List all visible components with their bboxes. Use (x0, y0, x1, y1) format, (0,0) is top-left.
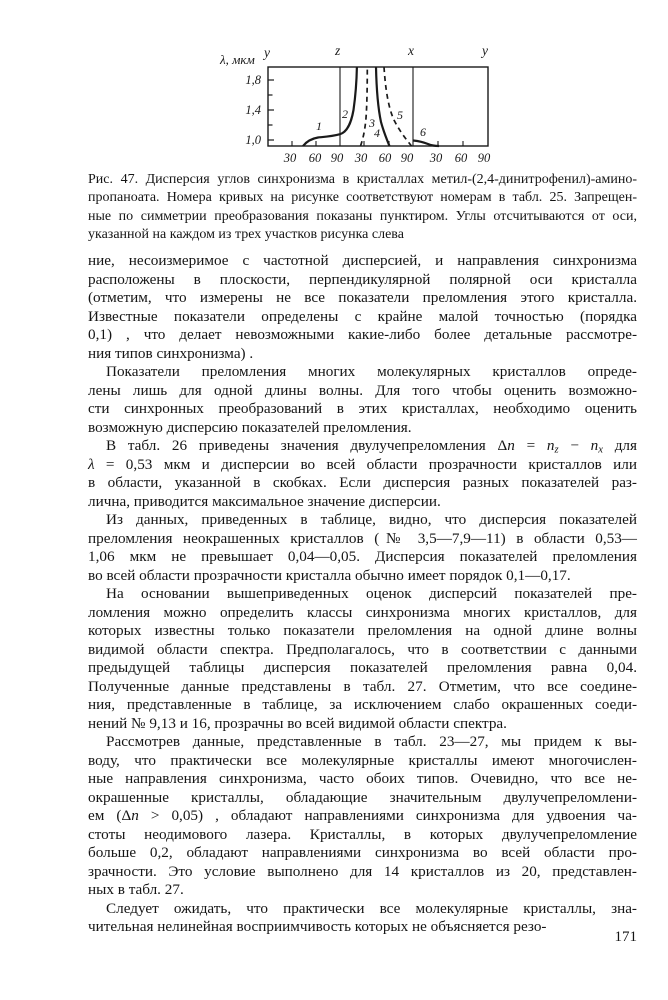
text-line: ния, представленные в таблице, за исключ… (88, 696, 637, 715)
text-line: В табл. 26 приведены значения двулучепре… (88, 437, 637, 456)
text-line: Рассмотрев данные, представленные в табл… (88, 733, 637, 752)
curve-6-solid (413, 141, 439, 147)
body-text: ние, несоизмеримое с частотной дисперсие… (88, 252, 637, 937)
text-line: Из данных, приведенных в таблице, видно,… (88, 511, 637, 530)
text-line: λ = 0,53 мкм и дисперсии во всей области… (88, 456, 637, 475)
text-line: (отметим, что измерены не все показатели… (88, 289, 637, 308)
text-line: которых известны только показатели прело… (88, 622, 637, 641)
axis-letter-z: z (334, 43, 341, 58)
curve-3-dashed (361, 67, 368, 146)
text-line: На основании вышеприведенных оценок дисп… (88, 585, 637, 604)
text-line: ние, несоизмеримое с частотной дисперсие… (88, 252, 637, 271)
text-line: в области, указанной в скобках. Если дис… (88, 474, 637, 493)
y-tick-1-4: 1,4 (245, 103, 261, 117)
paragraph: На основании вышеприведенных оценок дисп… (88, 585, 637, 733)
text-line: возможную дисперсию показателей преломле… (88, 419, 637, 438)
x-tick: 30 (429, 151, 443, 165)
text-line: ные направления синхронизма, часто обоих… (88, 770, 637, 789)
y-tick-1-0: 1,0 (245, 133, 261, 147)
text-line: ем (Δn > 0,05) , обладают направлениями … (88, 807, 637, 826)
curve-label-4: 4 (374, 126, 380, 140)
book-page: λ, мкм y z x y 1,8 1,4 (0, 0, 668, 1000)
x-tick: 90 (331, 151, 344, 165)
x-tick: 60 (379, 151, 392, 165)
text-line: во всей области прозрачности кристалла о… (88, 567, 637, 586)
axis-letter-y-right: y (480, 43, 488, 58)
text-line: Следует ожидать, что практически все мол… (88, 900, 637, 919)
text-line: сти синхронных преобразований в этих кри… (88, 400, 637, 419)
text-line: пропаноата. Номера кривых на рисунке соо… (88, 189, 637, 207)
x-tick: 60 (455, 151, 468, 165)
x-tick: 60 (309, 151, 322, 165)
page-number: 171 (88, 929, 637, 946)
paragraph: Рассмотрев данные, представленные в табл… (88, 733, 637, 900)
text-line: зрачности. Это условие выполнено для 14 … (88, 863, 637, 882)
text-line: указанной на каждом из трех участков рис… (88, 226, 637, 244)
curve-label-1: 1 (316, 119, 322, 133)
text-line: видимой области спектра. Предполагалось,… (88, 641, 637, 660)
curve-label-6: 6 (420, 125, 426, 139)
text-line: преломления неокрашенных кристаллов (№ 3… (88, 530, 637, 549)
text-line: стоты неодимового лазера. Кристаллы, в к… (88, 826, 637, 845)
paragraph: Рис. 47. Дисперсия углов синхронизма в к… (88, 171, 637, 245)
x-tick: 90 (401, 151, 414, 165)
axis-letter-x: x (407, 43, 414, 58)
curve-label-2: 2 (342, 107, 348, 121)
paragraph: В табл. 26 приведены значения двулучепре… (88, 437, 637, 511)
text-line: воду, что практически все молекулярные к… (88, 752, 637, 771)
x-tick: 30 (283, 151, 297, 165)
text-line: предыдущей таблицы дисперсия показателей… (88, 659, 637, 678)
x-tick: 90 (478, 151, 491, 165)
text-line: Полученные данные представлены в табл. 2… (88, 678, 637, 697)
text-line: окрашенные кристаллы, обладающие значите… (88, 789, 637, 808)
y-tick-1-8: 1,8 (245, 73, 261, 87)
text-line: больше 0,2, обладают направлениями синхр… (88, 844, 637, 863)
text-line: ния типов синхронизма) . (88, 345, 637, 364)
text-line: лична, приводится максимальное значение … (88, 493, 637, 512)
paragraph: Из данных, приведенных в таблице, видно,… (88, 511, 637, 585)
text-line: нений № 9,13 и 16, прозрачны во всей вид… (88, 715, 637, 734)
axis-letter-y-left: y (262, 45, 270, 60)
text-line: Показатели преломления многих молекулярн… (88, 363, 637, 382)
curve-label-5: 5 (397, 108, 403, 122)
text-line: 0,1) , что делает невозможными какие-либ… (88, 326, 637, 345)
paragraph: ние, несоизмеримое с частотной дисперсие… (88, 252, 637, 363)
x-tick: 30 (354, 151, 368, 165)
figure-47: λ, мкм y z x y 1,8 1,4 (195, 40, 515, 172)
text-line: ломления можно определить классы синхрон… (88, 604, 637, 623)
text-line: ных в табл. 27. (88, 881, 637, 900)
text-line: расположены в плоскости, перпендикулярно… (88, 271, 637, 290)
text-line: лены лишь для одной длины волны. Для тог… (88, 382, 637, 401)
figure-caption: Рис. 47. Дисперсия углов синхронизма в к… (88, 171, 637, 245)
paragraph: Показатели преломления многих молекулярн… (88, 363, 637, 437)
text-line: ные по симметрии преобразования показаны… (88, 208, 637, 226)
text-line: 1,06 мкм не превышает 0,04—0,05. Дисперс… (88, 548, 637, 567)
y-axis-ticks (268, 80, 274, 140)
text-line: Рис. 47. Дисперсия углов синхронизма в к… (88, 171, 637, 189)
curve-1-2-solid (303, 67, 357, 146)
curve-5-dashed (384, 67, 412, 146)
text-line: Известные показатели определены с крайне… (88, 308, 637, 327)
figure-y-axis-label: λ, мкм (219, 52, 255, 67)
figure-47-plot: λ, мкм y z x y 1,8 1,4 (195, 40, 515, 172)
